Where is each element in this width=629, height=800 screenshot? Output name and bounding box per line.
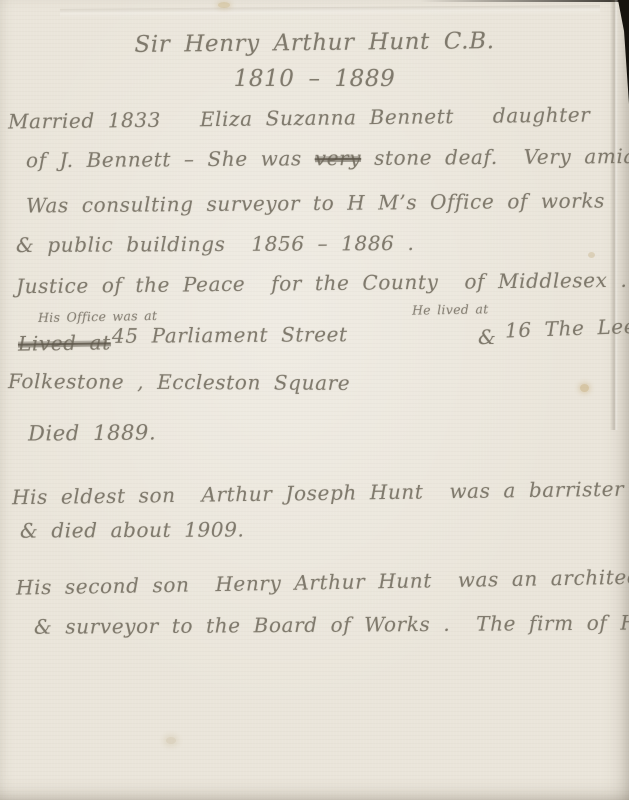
paper-stain — [218, 2, 230, 8]
address-office: 45 Parliament Street — [112, 322, 348, 348]
address-home: 16 The Lees — [505, 314, 629, 343]
note-dates: 1810 – 1889 — [0, 66, 629, 92]
line-buildings: & public buildings 1856 – 1886 . — [16, 231, 414, 257]
manuscript-scan: Sir Henry Arthur Hunt C.B. 1810 – 1889 M… — [0, 0, 629, 800]
paper-stain — [166, 737, 176, 744]
line-eldest-son-2: & died about 1909. — [20, 517, 245, 542]
paper-stain — [580, 384, 589, 392]
line-bennett-post: stone deaf. Very amiable. — [361, 144, 629, 170]
address-struck-lived-at: Lived at — [18, 330, 111, 355]
insertion-he-lived-at: He lived at — [412, 301, 489, 317]
paper-crease-right — [610, 0, 618, 430]
line-bennett: of J. Bennett – She was very stone deaf.… — [26, 144, 629, 173]
line-second-son-2: & surveyor to the Board of Works . The f… — [34, 609, 629, 639]
line-died: Died 1889. — [28, 420, 156, 445]
address-line2: Folkestone , Eccleston Square — [8, 369, 350, 395]
scan-top-edge-shadow — [420, 0, 629, 2]
insertion-office-was-at: His Office was at — [38, 308, 158, 325]
line-surveyor: Was consulting surveyor to H M’s Office … — [26, 188, 605, 217]
address-ampersand: & — [478, 325, 496, 349]
paper-stain — [588, 252, 595, 258]
line-bennett-pre: of J. Bennett – She was — [26, 146, 315, 172]
line-bennett-struck-word: very — [315, 146, 362, 170]
